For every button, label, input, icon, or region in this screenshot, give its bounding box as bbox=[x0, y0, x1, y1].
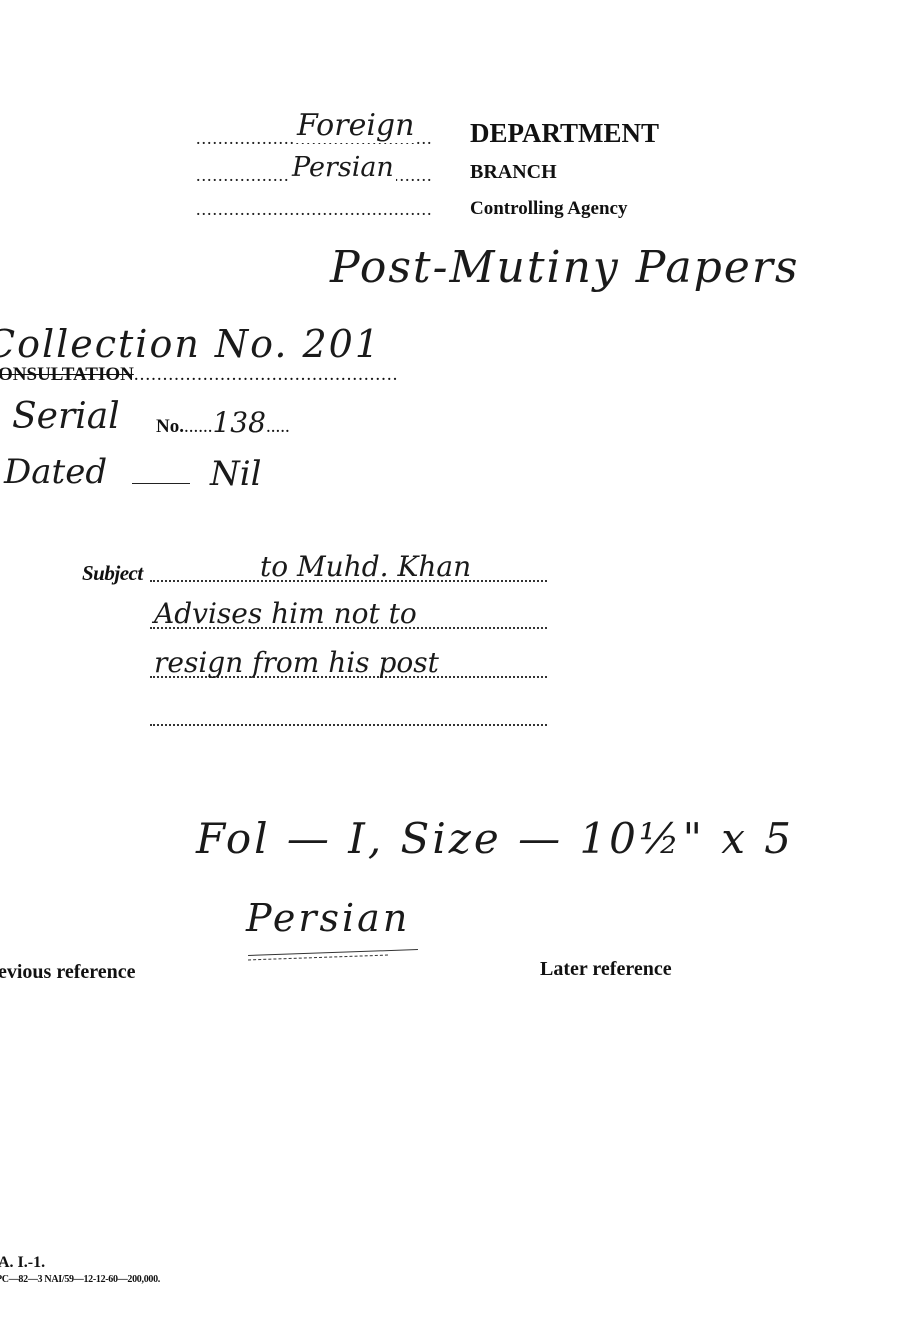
dated-dash bbox=[132, 483, 190, 484]
subject-line-2-text: Advises him not to bbox=[154, 597, 417, 630]
branch-label: BRANCH bbox=[470, 161, 557, 184]
collection-title: Post-Mutiny Papers bbox=[330, 242, 799, 293]
dated-label: Dated bbox=[4, 452, 107, 492]
department-label: DEPARTMENT bbox=[470, 118, 659, 149]
department-handwritten: Foreign bbox=[295, 108, 416, 143]
serial-handwritten: Serial bbox=[12, 396, 120, 437]
consultation-dots: ........................................… bbox=[134, 364, 399, 385]
later-reference-label: Later reference bbox=[540, 958, 672, 981]
subject-line-3-text: resign from his post bbox=[154, 646, 439, 679]
language-note: Persian bbox=[246, 896, 410, 940]
branch-handwritten: Persian bbox=[290, 152, 396, 183]
agency-label: Controlling Agency bbox=[470, 198, 627, 220]
consultation-label: ONSULTATION.............................… bbox=[0, 364, 398, 386]
no-dots: ...... bbox=[184, 416, 213, 437]
agency-dots: ........................................… bbox=[196, 199, 433, 220]
previous-reference-label: evious reference bbox=[0, 961, 136, 984]
subject-line-4 bbox=[150, 724, 547, 726]
serial-no-field: No.......138..... bbox=[156, 406, 290, 439]
dated-value: Nil bbox=[210, 454, 262, 494]
language-underline bbox=[248, 949, 418, 956]
subject-label: Subject bbox=[82, 561, 143, 586]
no-value: 138 bbox=[212, 406, 265, 439]
collection-number: Collection No. 201 bbox=[0, 322, 381, 366]
consultation-text: ONSULTATION bbox=[0, 364, 134, 385]
language-underline-2 bbox=[248, 955, 388, 961]
no-dots-after: ..... bbox=[266, 416, 290, 437]
form-code: A. I.-1. bbox=[0, 1254, 45, 1272]
folio-size-note: Fol — I, Size — 10½" x 5 bbox=[196, 814, 794, 863]
print-line: PC—82—3 NAI/59—12-12-60—200,000. bbox=[0, 1274, 160, 1285]
subject-line-1-text: to Muhd. Khan bbox=[260, 550, 471, 583]
no-label: No. bbox=[156, 416, 184, 437]
